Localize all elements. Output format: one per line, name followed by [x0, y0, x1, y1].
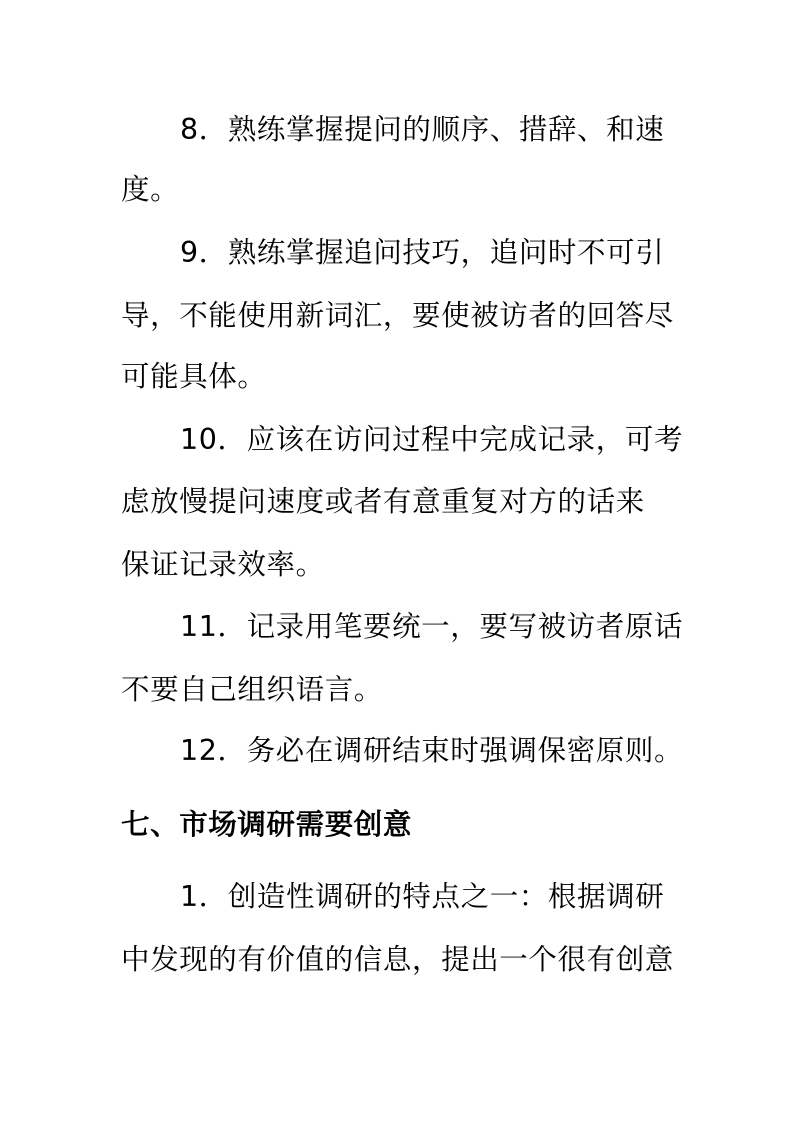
heading-text: 七、市场调研需要创意	[121, 808, 412, 842]
text-line: 9．熟练掌握追问技巧，追问时不可引	[180, 236, 664, 270]
text-line: 11．记录用笔要统一，要写被访者原话	[180, 610, 683, 644]
text-line: 1．创造性调研的特点之一：根据调研	[180, 880, 664, 914]
text-line: 中发现的有价值的信息，提出一个很有创意	[121, 943, 674, 977]
text-line: 保证记录效率。	[121, 548, 325, 582]
text-line: 8．熟练掌握提问的顺序、措辞、和速	[180, 113, 664, 147]
text-line: 度。	[121, 173, 179, 207]
text-line: 虑放慢提问速度或者有意重复对方的话来	[121, 485, 645, 519]
text-line: 10．应该在访问过程中完成记录，可考	[180, 423, 683, 457]
text-line: 导，不能使用新词汇，要使被访者的回答尽	[121, 299, 674, 333]
text-line: 12．务必在调研结束时强调保密原则。	[180, 734, 683, 768]
text-line: 不要自己组织语言。	[121, 673, 383, 707]
text-line: 可能具体。	[121, 360, 267, 394]
